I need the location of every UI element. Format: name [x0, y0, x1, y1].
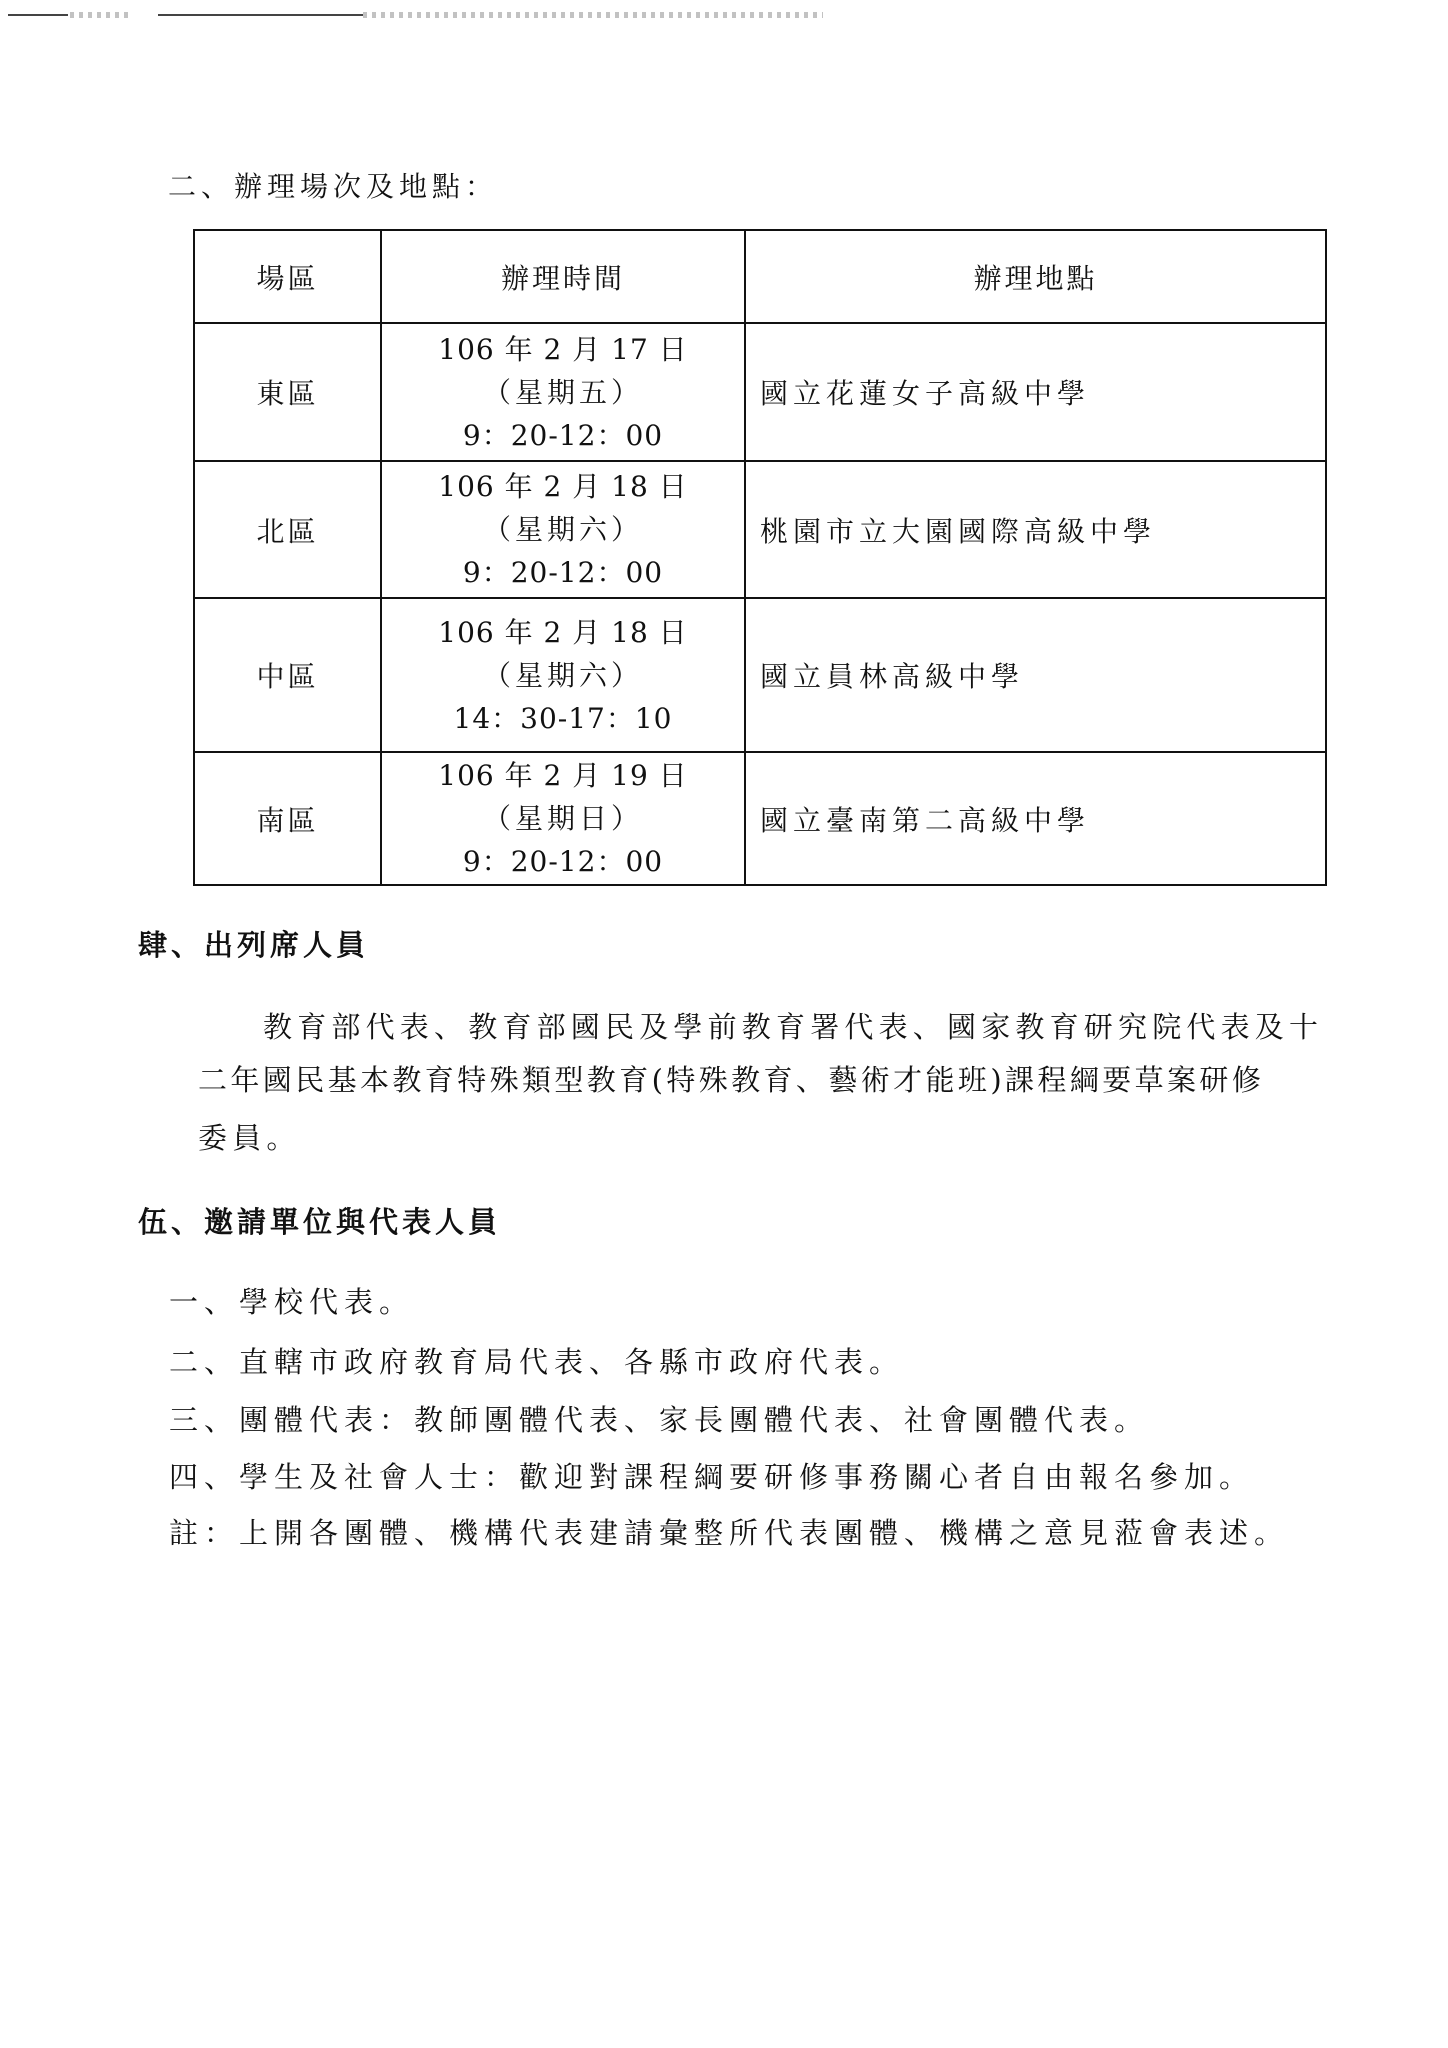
- event-weekday: （星期日）: [382, 797, 744, 840]
- event-time-range: 9：20-12：00: [382, 551, 744, 594]
- paragraph-line: 二年國民基本教育特殊類型教育(特殊教育、藝術才能班)課程綱要草案研修: [198, 1060, 1264, 1100]
- event-time-range: 14：30-17：10: [382, 697, 744, 740]
- cell-place: 國立花蓮女子高級中學: [745, 323, 1326, 461]
- cell-time: 106 年 2 月 19 日 （星期日） 9：20-12：00: [381, 752, 745, 885]
- event-weekday: （星期六）: [382, 508, 744, 551]
- paragraph-line: 教育部代表、教育部國民及學前教育署代表、國家教育研究院代表及十: [263, 1007, 1323, 1047]
- cell-place: 桃園市立大園國際高級中學: [745, 461, 1326, 598]
- list-item: 二、直轄市政府教育局代表、各縣市政府代表。: [169, 1342, 904, 1382]
- list-item: 四、學生及社會人士：歡迎對課程綱要研修事務關心者自由報名參加。: [169, 1457, 1254, 1497]
- scan-artifact-dots: [70, 12, 130, 18]
- event-time-range: 9：20-12：00: [382, 414, 744, 457]
- event-date: 106 年 2 月 17 日: [382, 328, 744, 371]
- cell-place: 國立員林高級中學: [745, 598, 1326, 752]
- cell-time: 106 年 2 月 18 日 （星期六） 9：20-12：00: [381, 461, 745, 598]
- cell-area: 南區: [194, 752, 381, 885]
- cell-area: 北區: [194, 461, 381, 598]
- table-row: 東區 106 年 2 月 17 日 （星期五） 9：20-12：00 國立花蓮女…: [194, 323, 1326, 461]
- paragraph-line: 委員。: [198, 1118, 301, 1158]
- scan-artifact-line: [8, 14, 68, 16]
- cell-area: 中區: [194, 598, 381, 752]
- event-date: 106 年 2 月 18 日: [382, 465, 744, 508]
- table-row: 北區 106 年 2 月 18 日 （星期六） 9：20-12：00 桃園市立大…: [194, 461, 1326, 598]
- list-item-note: 註：上開各團體、機構代表建請彙整所代表團體、機構之意見蒞會表述。: [169, 1513, 1289, 1553]
- list-item: 一、學校代表。: [169, 1282, 414, 1322]
- section-heading-invited-units: 伍、邀請單位與代表人員: [138, 1203, 501, 1241]
- cell-time: 106 年 2 月 17 日 （星期五） 9：20-12：00: [381, 323, 745, 461]
- column-header-area: 場區: [194, 230, 381, 323]
- column-header-place: 辦理地點: [745, 230, 1326, 323]
- venue-schedule-table: 場區 辦理時間 辦理地點 東區 106 年 2 月 17 日 （星期五） 9：2…: [193, 229, 1327, 886]
- event-time-range: 9：20-12：00: [382, 840, 744, 883]
- section-heading-attendees: 肆、出列席人員: [138, 926, 369, 964]
- cell-place: 國立臺南第二高級中學: [745, 752, 1326, 885]
- section-heading-venues: 二、辦理場次及地點：: [168, 168, 498, 206]
- event-date: 106 年 2 月 18 日: [382, 611, 744, 654]
- list-item: 三、團體代表：教師團體代表、家長團體代表、社會團體代表。: [169, 1400, 1149, 1440]
- event-weekday: （星期六）: [382, 654, 744, 697]
- table-header-row: 場區 辦理時間 辦理地點: [194, 230, 1326, 323]
- table-row: 中區 106 年 2 月 18 日 （星期六） 14：30-17：10 國立員林…: [194, 598, 1326, 752]
- table-row: 南區 106 年 2 月 19 日 （星期日） 9：20-12：00 國立臺南第…: [194, 752, 1326, 885]
- event-weekday: （星期五）: [382, 371, 744, 414]
- cell-area: 東區: [194, 323, 381, 461]
- scan-artifact-line: [158, 14, 363, 16]
- column-header-time: 辦理時間: [381, 230, 745, 323]
- cell-time: 106 年 2 月 18 日 （星期六） 14：30-17：10: [381, 598, 745, 752]
- event-date: 106 年 2 月 19 日: [382, 754, 744, 797]
- scan-artifact-dots: [363, 12, 823, 18]
